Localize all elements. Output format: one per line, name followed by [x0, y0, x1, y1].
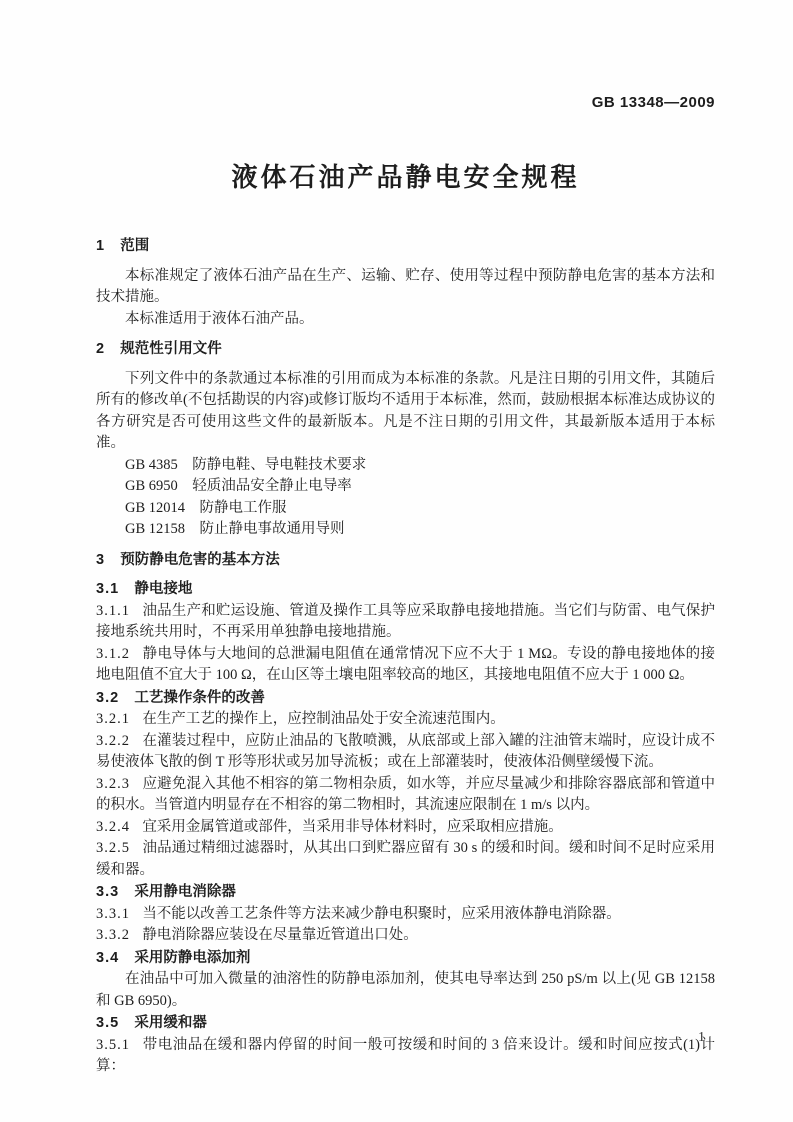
clause-title: 范围 — [120, 238, 149, 254]
subclause-heading: 3.4采用防静电添加剂 — [96, 948, 715, 970]
clause-text: 在生产工艺的操作上，应控制油品处于安全流速范围内。 — [142, 711, 505, 727]
clause-number: 3.1.1 — [96, 603, 130, 619]
clause-title: 采用静电消除器 — [134, 884, 236, 900]
clause-number: 3.2.3 — [96, 776, 130, 792]
numbered-clause: 3.2.5油品通过精细过滤器时，从其出口到贮器应留有 30 s 的缓和时间。缓和… — [96, 838, 715, 881]
clause-text: 带电油品在缓和器内停留的时间一般可按缓和时间的 3 倍来设计。缓和时间应按式(1… — [96, 1037, 715, 1075]
clause-text: 静电消除器应装设在尽量靠近管道出口处。 — [142, 927, 418, 943]
clause-number: 3.1.2 — [96, 646, 130, 662]
clause-number: 1 — [96, 238, 105, 254]
document-body: 1范围本标准规定了液体石油产品在生产、运输、贮存、使用等过程中预防静电危害的基本… — [96, 236, 715, 1078]
numbered-clause: 3.3.2静电消除器应装设在尽量靠近管道出口处。 — [96, 925, 715, 947]
standard-code: GB 13348—2009 — [96, 94, 715, 111]
reference-item: GB 4385防静电鞋、导电鞋技术要求 — [96, 455, 715, 477]
clause-title: 工艺操作条件的改善 — [134, 690, 265, 706]
clause-number: 3.2.2 — [96, 733, 130, 749]
numbered-clause: 3.2.3应避免混入其他不相容的第二物相杂质，如水等，并应尽量减少和排除容器底部… — [96, 774, 715, 817]
clause-number: 2 — [96, 341, 105, 357]
clause-text: 油品通过精细过滤器时，从其出口到贮器应留有 30 s 的缓和时间。缓和时间不足时… — [96, 840, 715, 878]
body-paragraph: 下列文件中的条款通过本标准的引用而成为本标准的条款。凡是注日期的引用文件，其随后… — [96, 369, 715, 455]
subclause-heading: 3.5采用缓和器 — [96, 1013, 715, 1035]
clause-text: 静电导体与大地间的总泄漏电阻值在通常情况下应不大于 1 MΩ。专设的静电接地体的… — [96, 646, 715, 684]
clause-title: 静电接地 — [134, 581, 192, 597]
reference-code: GB 12014 — [125, 500, 185, 516]
numbered-clause: 3.1.2静电导体与大地间的总泄漏电阻值在通常情况下应不大于 1 MΩ。专设的静… — [96, 644, 715, 687]
clause-text: 在灌装过程中，应防止油品的飞散喷溅，从底部或上部入罐的注油管末端时，应设计成不易… — [96, 733, 715, 771]
numbered-clause: 3.2.1在生产工艺的操作上，应控制油品处于安全流速范围内。 — [96, 709, 715, 731]
clause-title: 规范性引用文件 — [120, 341, 222, 357]
clause-number: 3.4 — [96, 950, 119, 966]
numbered-clause: 3.2.2在灌装过程中，应防止油品的飞散喷溅，从底部或上部入罐的注油管末端时，应… — [96, 731, 715, 774]
reference-code: GB 12158 — [125, 521, 185, 537]
clause-number: 3.3.1 — [96, 906, 130, 922]
clause-title: 预防静电危害的基本方法 — [120, 552, 280, 568]
reference-title: 轻质油品安全静止电导率 — [192, 478, 352, 494]
subclause-heading: 3.2工艺操作条件的改善 — [96, 688, 715, 710]
document-title: 液体石油产品静电安全规程 — [96, 162, 715, 192]
clause-number: 3.1 — [96, 581, 119, 597]
clause-number: 3.2.5 — [96, 840, 130, 856]
body-paragraph: 本标准适用于液体石油产品。 — [96, 309, 715, 331]
reference-code: GB 4385 — [125, 457, 178, 473]
reference-item: GB 12014防静电工作服 — [96, 498, 715, 520]
clause-text: 应避免混入其他不相容的第二物相杂质，如水等，并应尽量减少和排除容器底部和管道中的… — [96, 776, 715, 814]
subclause-heading: 3.1静电接地 — [96, 579, 715, 601]
clause-text: 宜采用金属管道或部件，当采用非导体材料时，应采取相应措施。 — [142, 819, 563, 835]
clause-number: 3.2.1 — [96, 711, 130, 727]
body-paragraph: 本标准规定了液体石油产品在生产、运输、贮存、使用等过程中预防静电危害的基本方法和… — [96, 266, 715, 309]
clause-number: 3.3 — [96, 884, 119, 900]
reference-item: GB 12158防止静电事故通用导则 — [96, 519, 715, 541]
subclause-heading: 3.3采用静电消除器 — [96, 882, 715, 904]
reference-title: 防静电鞋、导电鞋技术要求 — [192, 457, 366, 473]
document-page: GB 13348—2009 液体石油产品静电安全规程 1范围本标准规定了液体石油… — [0, 0, 793, 1122]
clause-number: 3.5.1 — [96, 1037, 130, 1053]
reference-title: 防静电工作服 — [200, 500, 287, 516]
page-number: 1 — [698, 1030, 705, 1046]
clause-heading: 2规范性引用文件 — [96, 339, 715, 361]
reference-title: 防止静电事故通用导则 — [200, 521, 345, 537]
clause-number: 3.2 — [96, 690, 119, 706]
clause-title: 采用缓和器 — [134, 1015, 207, 1031]
numbered-clause: 3.2.4宜采用金属管道或部件，当采用非导体材料时，应采取相应措施。 — [96, 817, 715, 839]
clause-number: 3.2.4 — [96, 819, 130, 835]
clause-number: 3.5 — [96, 1015, 119, 1031]
numbered-clause: 3.3.1当不能以改善工艺条件等方法来减少静电积聚时，应采用液体静电消除器。 — [96, 904, 715, 926]
numbered-clause: 3.5.1带电油品在缓和器内停留的时间一般可按缓和时间的 3 倍来设计。缓和时间… — [96, 1035, 715, 1078]
reference-item: GB 6950轻质油品安全静止电导率 — [96, 476, 715, 498]
clause-title: 采用防静电添加剂 — [134, 950, 250, 966]
page-content: GB 13348—2009 液体石油产品静电安全规程 1范围本标准规定了液体石油… — [96, 94, 715, 1078]
clause-number: 3 — [96, 552, 105, 568]
clause-text: 当不能以改善工艺条件等方法来减少静电积聚时，应采用液体静电消除器。 — [142, 906, 621, 922]
body-paragraph: 在油品中可加入微量的油溶性的防静电添加剂，使其电导率达到 250 pS/m 以上… — [96, 969, 715, 1012]
clause-heading: 1范围 — [96, 236, 715, 258]
clause-text: 油品生产和贮运设施、管道及操作工具等应采取静电接地措施。当它们与防雷、电气保护接… — [96, 603, 715, 641]
numbered-clause: 3.1.1油品生产和贮运设施、管道及操作工具等应采取静电接地措施。当它们与防雷、… — [96, 601, 715, 644]
clause-heading: 3预防静电危害的基本方法 — [96, 550, 715, 572]
clause-number: 3.3.2 — [96, 927, 130, 943]
reference-code: GB 6950 — [125, 478, 178, 494]
